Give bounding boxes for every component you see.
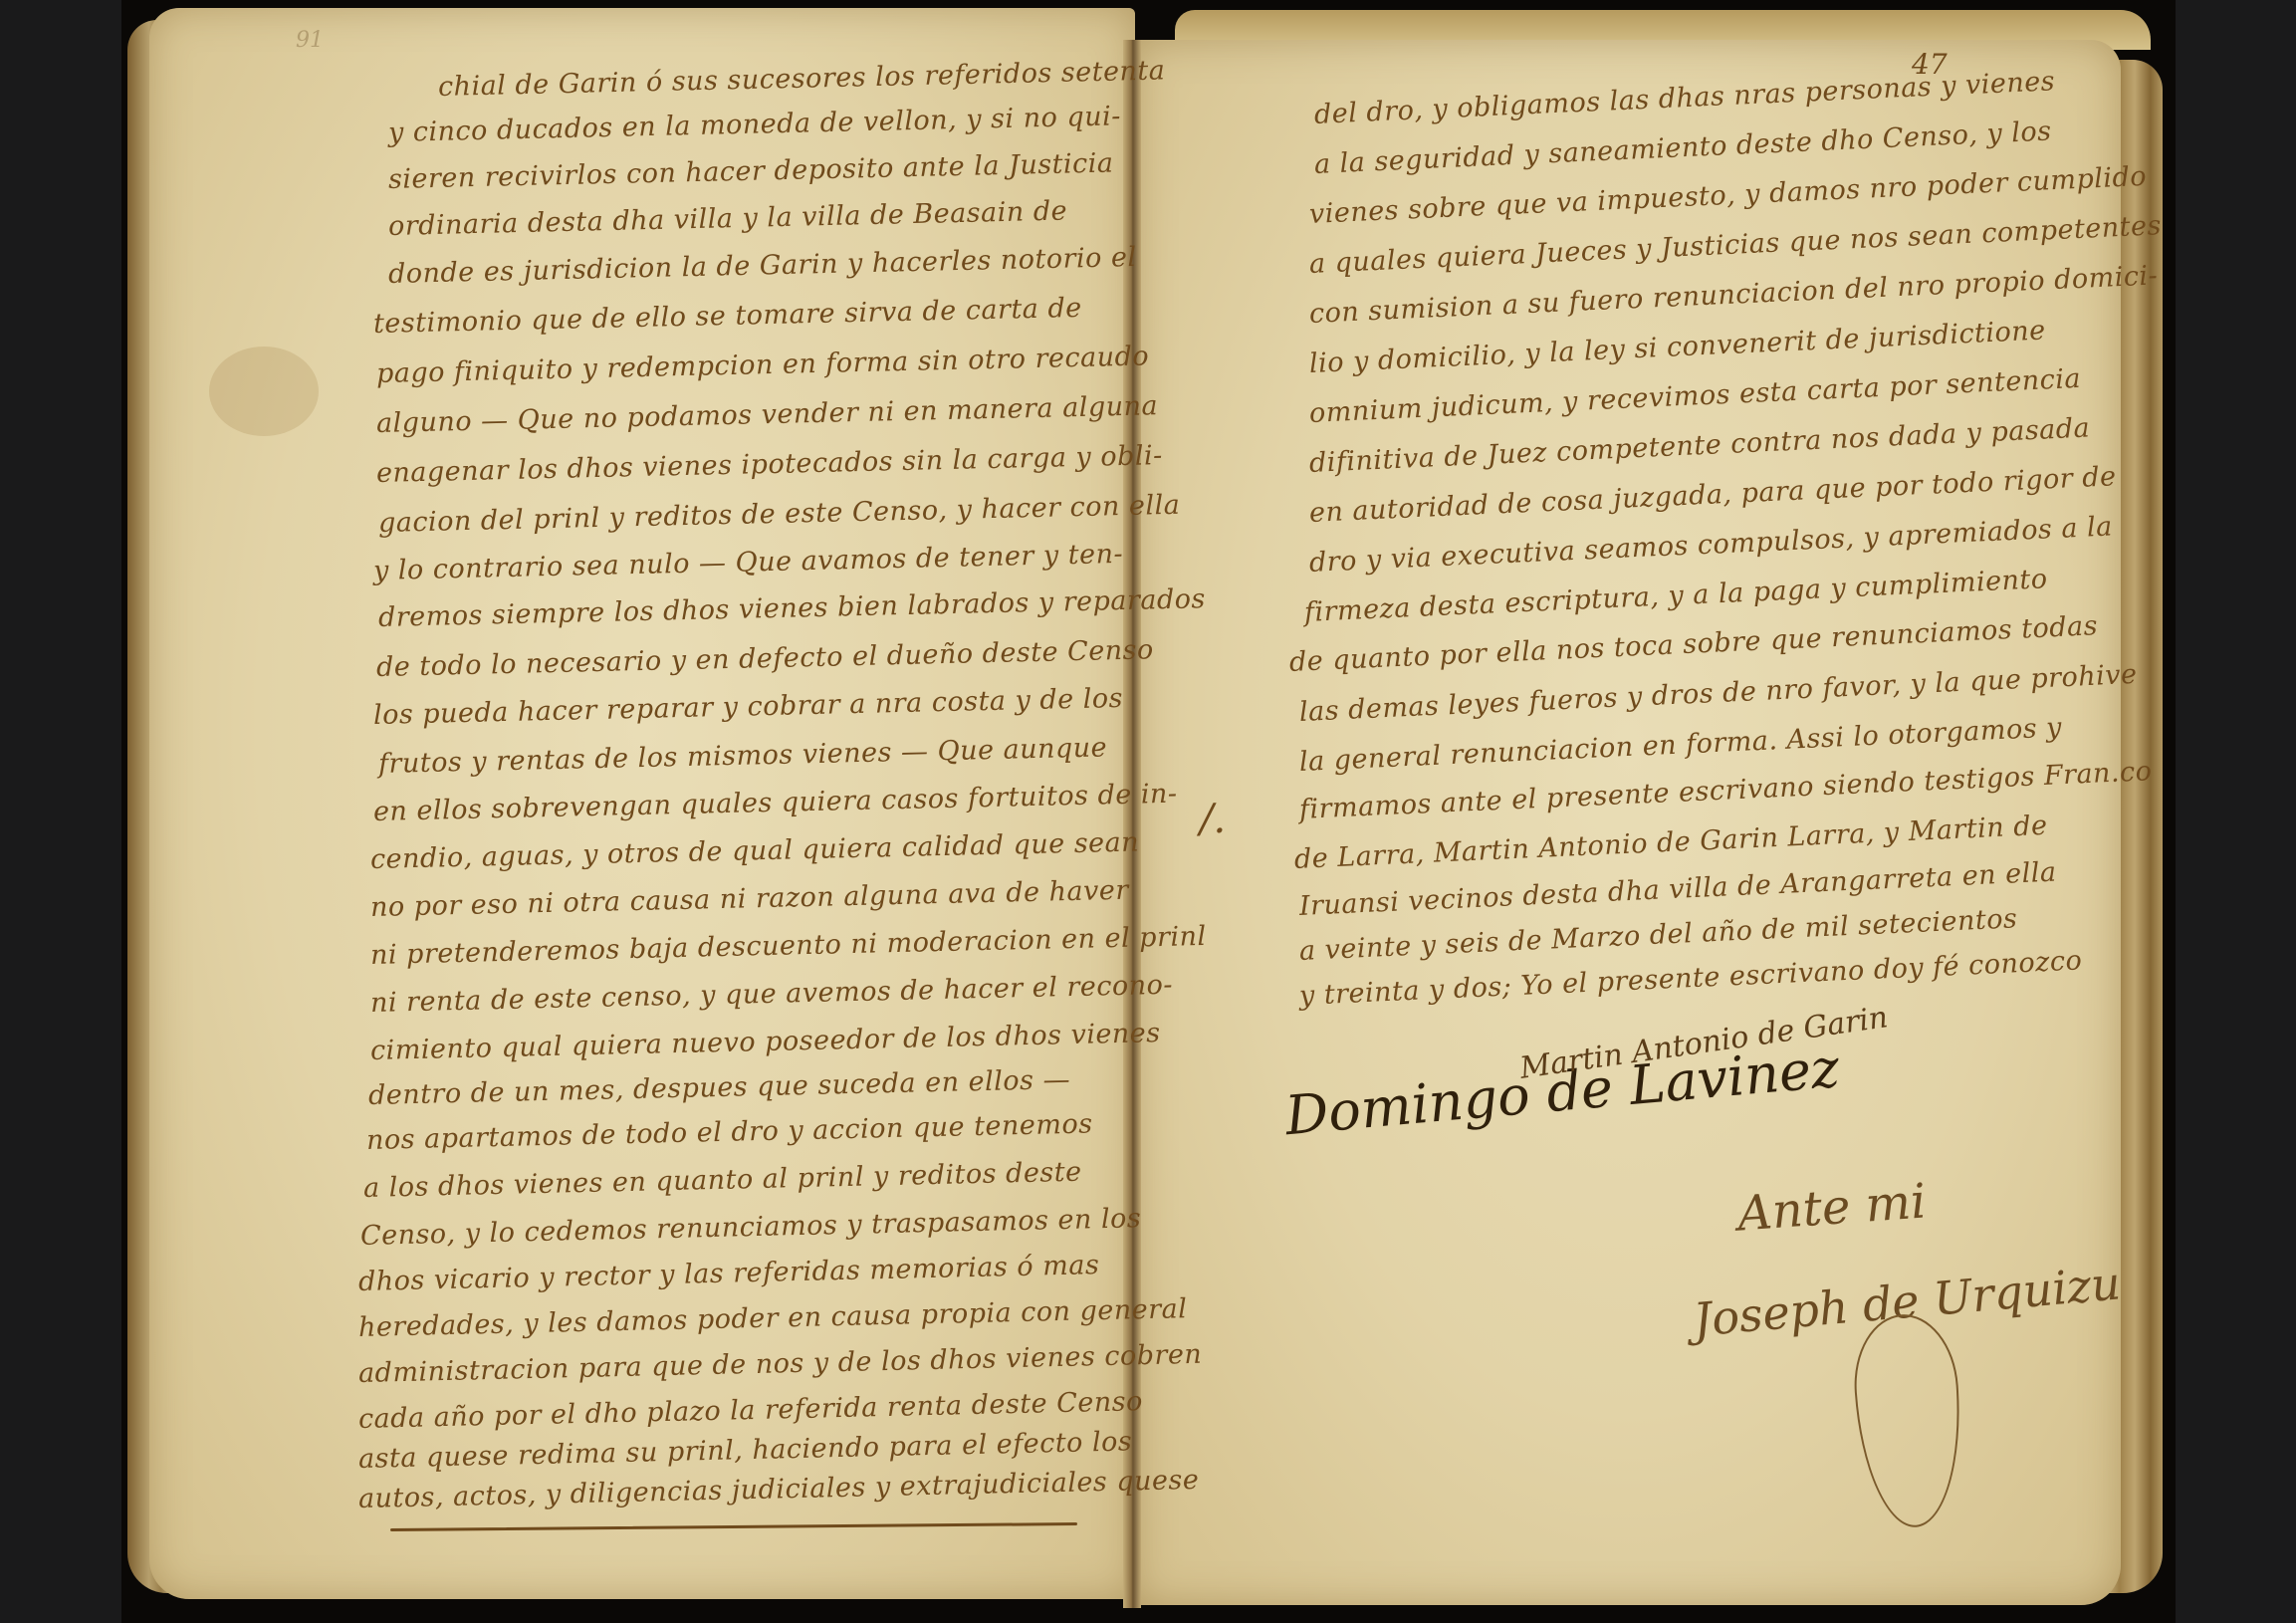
faint-pencil-number: 91 [296,28,324,53]
water-stain [209,347,319,436]
book-spine [1123,40,1141,1608]
margin-mark: /. [1200,797,1226,842]
